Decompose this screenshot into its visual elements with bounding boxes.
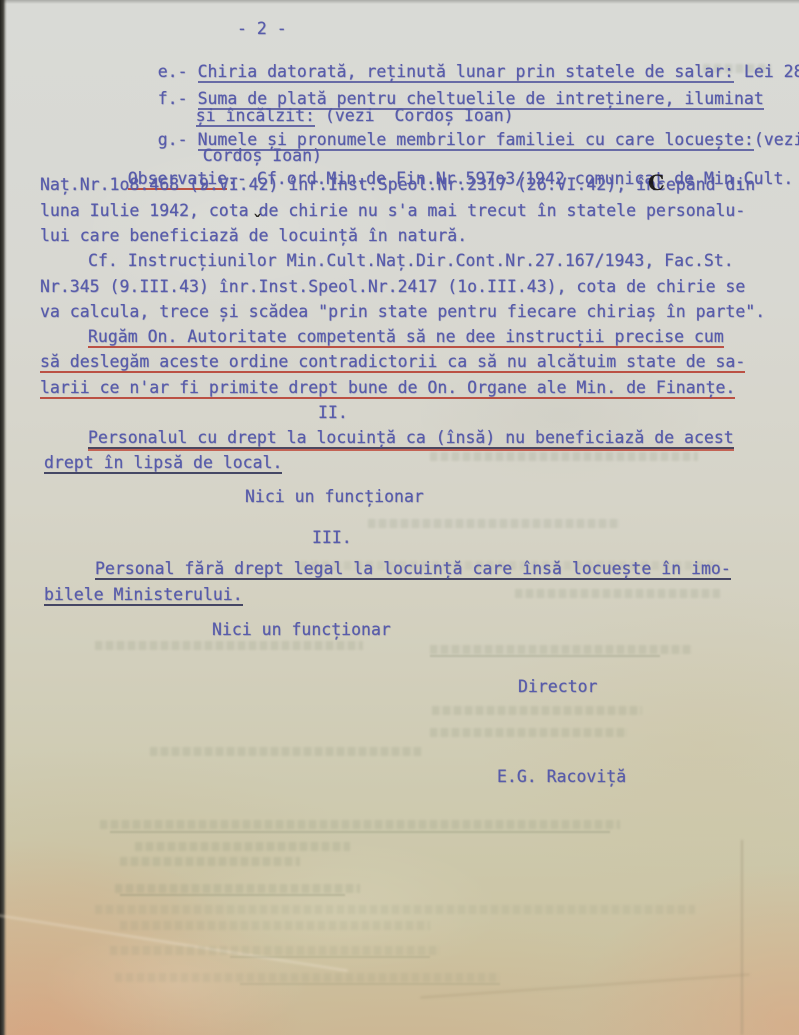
bleed-through-line (515, 589, 720, 598)
bleed-through-line (430, 728, 628, 737)
bleed-through-underline (240, 983, 500, 985)
list-item-value: (vezi (754, 130, 799, 149)
bleed-through-line (430, 452, 698, 461)
bleed-through-line (150, 747, 422, 756)
cf-line-3: va calcula, trece și scădea "prin state … (40, 302, 765, 324)
bleed-through-line (432, 706, 642, 715)
bleed-through-line (135, 842, 350, 851)
bleed-through-underline (120, 894, 345, 896)
section-3-text-underlined: Personal fără drept legal la locuință ca… (95, 559, 731, 580)
scanned-document-page: - 2 - e.-Chiria datorată, reținută lunar… (0, 0, 799, 1035)
signature-title: Director (518, 677, 597, 699)
request-line-3: larii ce n'ar fi primite drept bune de O… (40, 378, 735, 400)
note-text: Nici un funcționar (212, 620, 391, 639)
ink-correction-caron: ˇ (253, 212, 262, 233)
page-number-text: - 2 - (237, 19, 287, 38)
bleed-through-line (115, 884, 360, 893)
section-2-line-2: drept în lipsă de local. (44, 453, 282, 475)
signature-title-text: Director (518, 677, 597, 696)
request-text-underlined: să deslegăm aceste ordine contradictorii… (40, 352, 745, 373)
section-3-heading: III. (312, 528, 352, 550)
bleed-through-line (430, 645, 692, 654)
section-heading-text: III. (312, 528, 352, 547)
note-text: Nici un funcționar (245, 487, 424, 506)
section-heading-text: II. (318, 403, 348, 422)
observation-text: luna Iulie 1942, cota de chirie nu s'a m… (40, 201, 745, 220)
signature-name-text: E.G. Racoviță (497, 767, 626, 786)
bleed-through-line (95, 905, 695, 914)
bleed-through-line (100, 820, 620, 829)
bleed-through-line (368, 519, 620, 528)
bleed-through-line (110, 946, 440, 955)
section-3-note: Nici un funcționar (212, 620, 391, 642)
request-text-underlined: Rugăm On. Autoritate competentă să ne de… (88, 327, 724, 348)
page-number: - 2 - (237, 19, 287, 41)
section-3-text-underlined: bilele Ministerului. (44, 585, 243, 606)
request-text-underlined: larii ce n'ar fi primite drept bune de O… (40, 378, 735, 399)
section-2-note: Nici un funcționar (245, 487, 424, 509)
cf-text: Cf. Instrucțiunilor Min.Cult.Naț.Dir.Con… (88, 251, 734, 270)
section-3-line-2: bilele Ministerului. (44, 585, 243, 607)
section-2-heading: II. (318, 403, 348, 425)
cf-line-2: Nr.345 (9.III.43) înr.Inst.Speol.Nr.2417… (40, 277, 745, 299)
section-2-text-underlined: Personalul cu drept la locuință ca (însă… (88, 428, 734, 449)
list-item-g-continuation: Cordoș Ioan) (163, 126, 322, 148)
request-line-1: Rugăm On. Autoritate competentă să ne de… (88, 327, 724, 349)
bleed-through-line (120, 921, 430, 930)
scan-edge-left (0, 0, 7, 1035)
bleed-through-underline (110, 831, 610, 833)
paper-crease (0, 910, 348, 971)
scan-edge-top (0, 0, 799, 4)
bleed-through-underline (230, 956, 430, 958)
section-2-line-1: Personalul cu drept la locuință ca (însă… (88, 428, 734, 450)
bleed-through-line (115, 973, 500, 982)
observation-line-3: luna Iulie 1942, cota de chirie nu s'a m… (40, 201, 745, 223)
signature-name: E.G. Racoviță (497, 767, 626, 789)
bleed-through-line (120, 857, 300, 866)
bleed-through-line (95, 641, 363, 650)
paper-crease (741, 840, 743, 1035)
section-2-text-underlined: drept în lipsă de local. (44, 453, 282, 474)
request-line-2: să deslegăm aceste ordine contradictorii… (40, 352, 745, 374)
list-item-f-continuation: și încălzit: (vezi Cordoș Ioan) (156, 86, 514, 108)
cf-text: va calcula, trece și scădea "prin state … (40, 302, 765, 321)
cf-text: Nr.345 (9.III.43) înr.Inst.Speol.Nr.2417… (40, 277, 745, 296)
cf-line-1: Cf. Instrucțiunilor Min.Cult.Naț.Dir.Con… (88, 251, 734, 273)
section-3-line-1: Personal fără drept legal la locuință ca… (95, 559, 731, 581)
list-item-e: e.-Chiria datorată, reținută lunar prin … (118, 42, 799, 64)
observation-line-1: Observație.- Cf.ord.Min.de Fin.Nr.597o3/… (88, 149, 793, 171)
ink-correction-overstrike: C (647, 169, 665, 195)
bleed-through-underline (430, 655, 660, 657)
